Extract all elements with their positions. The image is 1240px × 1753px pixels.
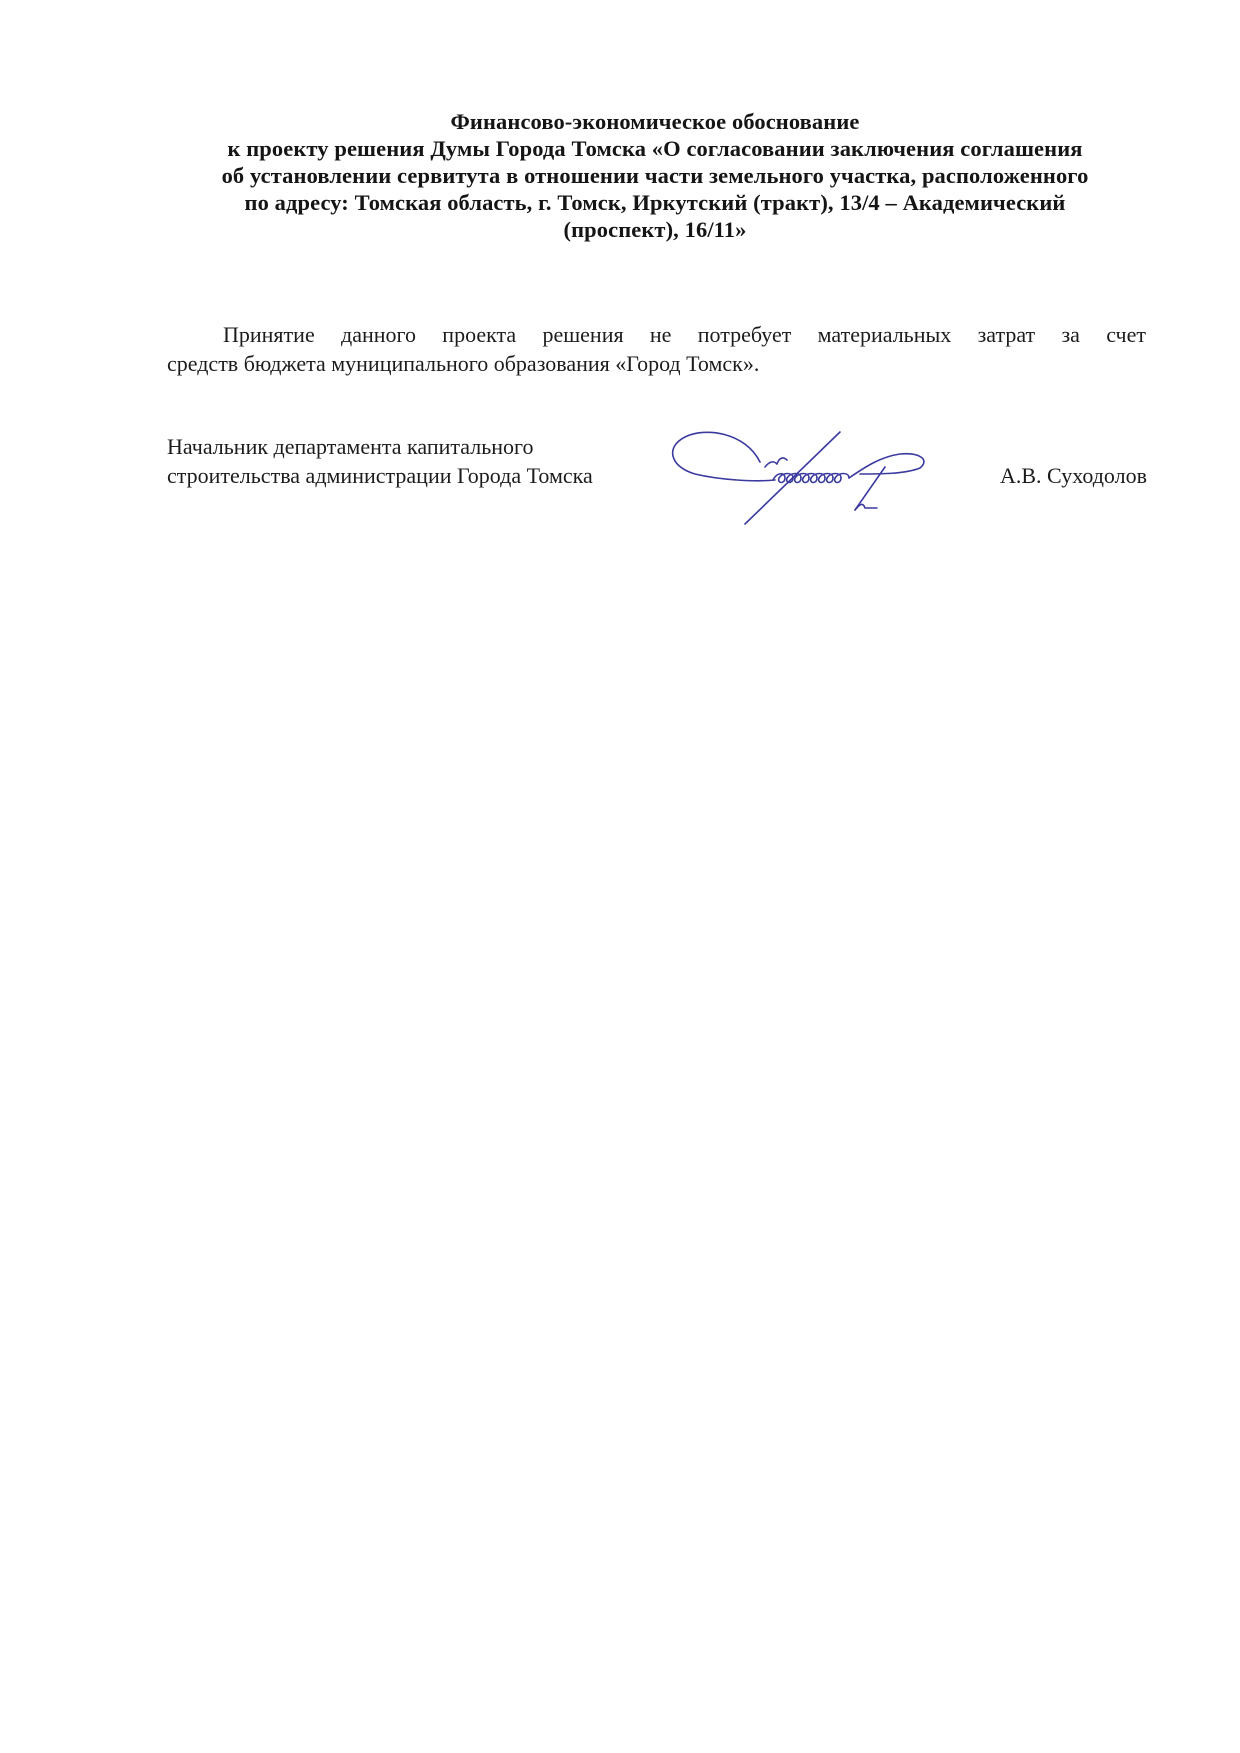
heading-line-2: к проекту решения Думы Города Томска «О … (160, 135, 1150, 162)
heading-line-3: об установлении сервитута в отношении ча… (160, 162, 1150, 189)
heading-line-4: по адресу: Томская область, г. Томск, Ир… (160, 189, 1150, 216)
document-page: Финансово-экономическое обоснование к пр… (0, 0, 1240, 1753)
handwritten-signature-icon (665, 412, 965, 532)
signature-block: Начальник департамента капитального стро… (167, 432, 1147, 532)
body-paragraph-line-2: средств бюджета муниципального образован… (167, 349, 1146, 378)
signer-position-line-1: Начальник департамента капитального (167, 432, 593, 461)
signer-position-line-2: строительства администрации Города Томск… (167, 461, 593, 490)
heading-title: Финансово-экономическое обоснование (160, 108, 1150, 135)
signer-name: А.В. Суходолов (1000, 461, 1147, 490)
document-heading: Финансово-экономическое обоснование к пр… (160, 108, 1150, 243)
body-paragraph: Принятие данного проекта решения не потр… (167, 320, 1146, 378)
heading-line-5: (проспект), 16/11» (160, 216, 1150, 243)
signer-position: Начальник департамента капитального стро… (167, 432, 593, 490)
body-paragraph-line-1: Принятие данного проекта решения не потр… (167, 320, 1146, 349)
